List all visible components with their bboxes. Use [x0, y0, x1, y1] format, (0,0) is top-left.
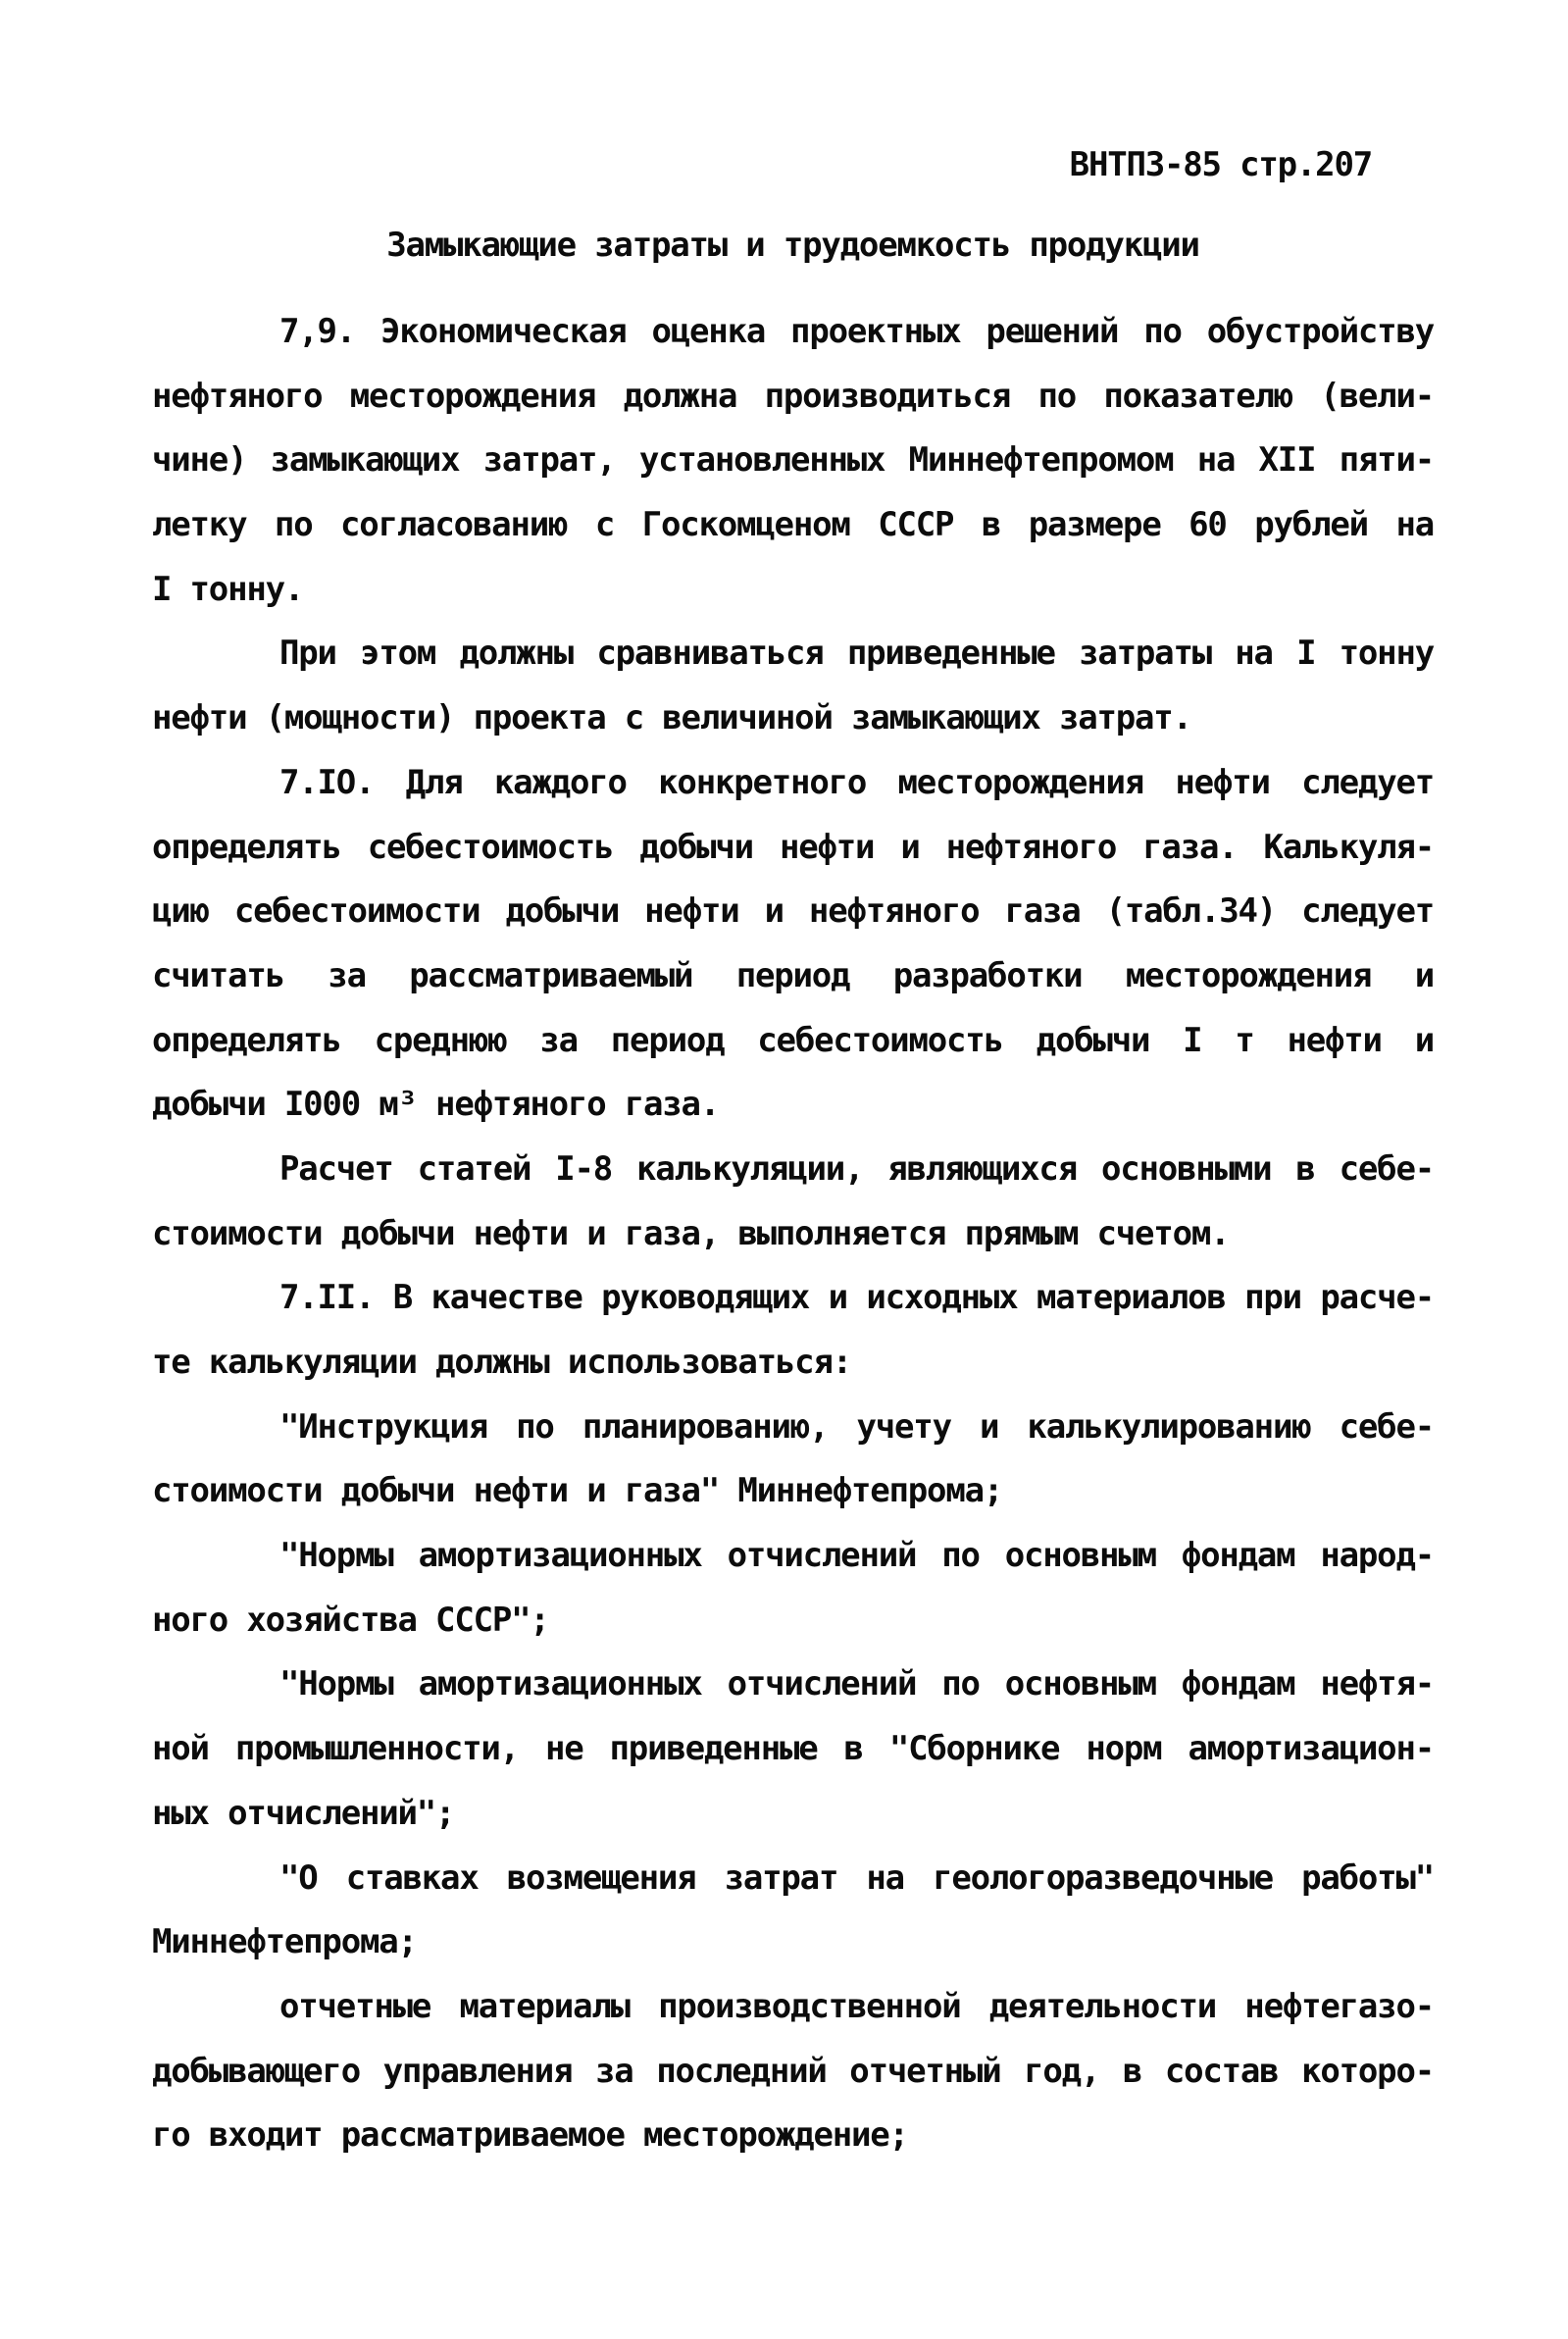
paragraph: При этом должны сравниваться приведенные… — [152, 622, 1434, 750]
paragraph: "Нормы амортизационных отчислений по осн… — [152, 1653, 1434, 1846]
paragraph: 7.IO. Для каждого конкретного месторожде… — [152, 751, 1434, 1138]
paragraph: 7.II. В качестве руководящих и исходных … — [152, 1266, 1434, 1395]
text-line: отчетные материалы производственной деят… — [152, 1975, 1434, 2040]
text-line: добычи I000 м³ нефтяного газа. — [152, 1073, 1434, 1138]
text-line: "Нормы амортизационных отчислений по осн… — [152, 1653, 1434, 1717]
paragraph: "Нормы амортизационных отчислений по осн… — [152, 1524, 1434, 1653]
text-line: "Инструкция по планированию, учету и кал… — [152, 1396, 1434, 1460]
text-line: 7.IO. Для каждого конкретного месторожде… — [152, 751, 1434, 816]
text-line: 7.II. В качестве руководящих и исходных … — [152, 1266, 1434, 1331]
text-line: I тонну. — [152, 558, 1434, 623]
text-line: "Нормы амортизационных отчислений по осн… — [152, 1524, 1434, 1589]
paragraph: "Инструкция по планированию, учету и кал… — [152, 1396, 1434, 1524]
text-line: считать за рассматриваемый период разраб… — [152, 944, 1434, 1009]
text-line: чине) замыкающих затрат, установленных М… — [152, 429, 1434, 493]
text-line: те калькуляции должны использоваться: — [152, 1331, 1434, 1396]
text-line: нефти (мощности) проекта с величиной зам… — [152, 686, 1434, 751]
paragraph: 7,9. Экономическая оценка проектных реше… — [152, 300, 1434, 622]
scanned-document-page: ВНТП3-85 стр.207 Замыкающие затраты и тр… — [0, 0, 1568, 2339]
document-title: Замыкающие затраты и трудоемкость продук… — [152, 226, 1434, 265]
page-header: ВНТП3-85 стр.207 — [1070, 145, 1372, 184]
paragraph: Расчет статей I-8 калькуляции, являющихс… — [152, 1138, 1434, 1266]
text-line: При этом должны сравниваться приведенные… — [152, 622, 1434, 686]
text-line: ного хозяйства СССР"; — [152, 1589, 1434, 1653]
text-line: стоимости добычи нефти и газа" Миннефтеп… — [152, 1459, 1434, 1524]
text-line: ной промышленности, не приведенные в "Сб… — [152, 1717, 1434, 1782]
paragraph: "О ставках возмещения затрат на геологор… — [152, 1847, 1434, 1975]
text-line: цию себестоимости добычи нефти и нефтяно… — [152, 880, 1434, 944]
text-line: Миннефтепрома; — [152, 1910, 1434, 1975]
text-line: нефтяного месторождения должна производи… — [152, 365, 1434, 430]
text-line: определять среднюю за период себестоимос… — [152, 1009, 1434, 1074]
document-body: 7,9. Экономическая оценка проектных реше… — [152, 300, 1434, 2168]
text-line: определять себестоимость добычи нефти и … — [152, 816, 1434, 881]
text-line: летку по согласованию с Госкомценом СССР… — [152, 493, 1434, 558]
text-line: стоимости добычи нефти и газа, выполняет… — [152, 1202, 1434, 1267]
text-line: добывающего управления за последний отче… — [152, 2040, 1434, 2105]
paragraph: отчетные материалы производственной деят… — [152, 1975, 1434, 2168]
text-line: го входит рассматриваемое месторождение; — [152, 2104, 1434, 2168]
text-line: 7,9. Экономическая оценка проектных реше… — [152, 300, 1434, 365]
text-line: Расчет статей I-8 калькуляции, являющихс… — [152, 1138, 1434, 1202]
text-line: ных отчислений"; — [152, 1782, 1434, 1847]
text-line: "О ставках возмещения затрат на геологор… — [152, 1847, 1434, 1911]
